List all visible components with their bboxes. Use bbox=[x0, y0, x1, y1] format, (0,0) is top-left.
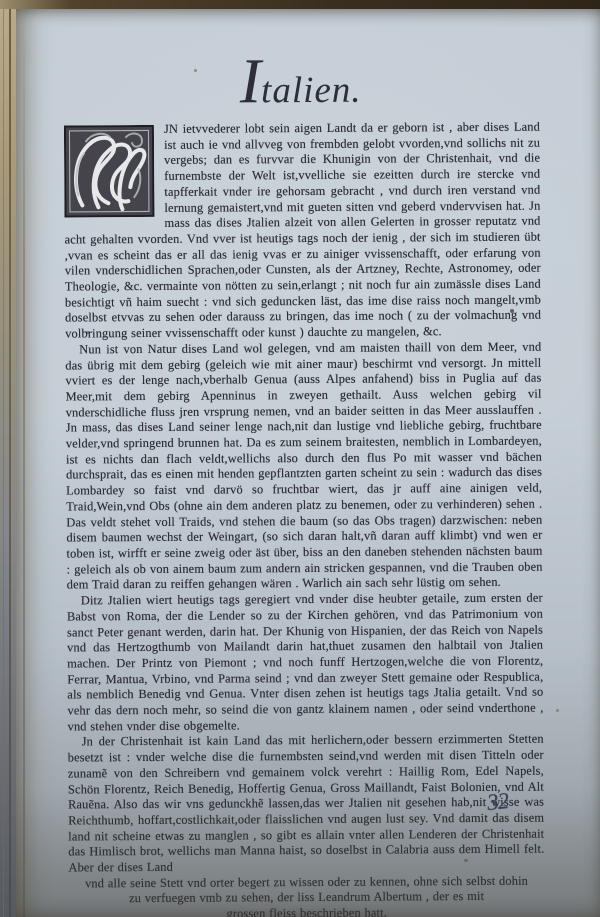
book-page: Italien. bbox=[16, 9, 600, 917]
folio-number: 32 bbox=[486, 788, 510, 816]
closing-line: zu verfuegen vmb zu sehen, der liss Lean… bbox=[69, 889, 545, 908]
paragraph: Nun ist von Natur dises Land wol gelegen… bbox=[65, 339, 543, 593]
binding-seam-line bbox=[3, 0, 4, 917]
text-column: JN ietvvederer lobt sein aigen Landt da … bbox=[64, 120, 545, 917]
page-title: Italien. bbox=[63, 48, 537, 117]
paragraph: Jn der Christenhait ist kain Land das mi… bbox=[68, 732, 545, 876]
binding-seam-line bbox=[9, 0, 11, 917]
page-content: Italien. bbox=[13, 7, 600, 917]
paragraph: JN ietvvederer lobt sein aigen Landt da … bbox=[64, 120, 541, 343]
paragraph: Ditz Jtalien wiert heutigs tags geregier… bbox=[67, 591, 544, 735]
book-scan: Italien. bbox=[0, 0, 600, 917]
ornamental-initial-icon bbox=[64, 125, 155, 218]
